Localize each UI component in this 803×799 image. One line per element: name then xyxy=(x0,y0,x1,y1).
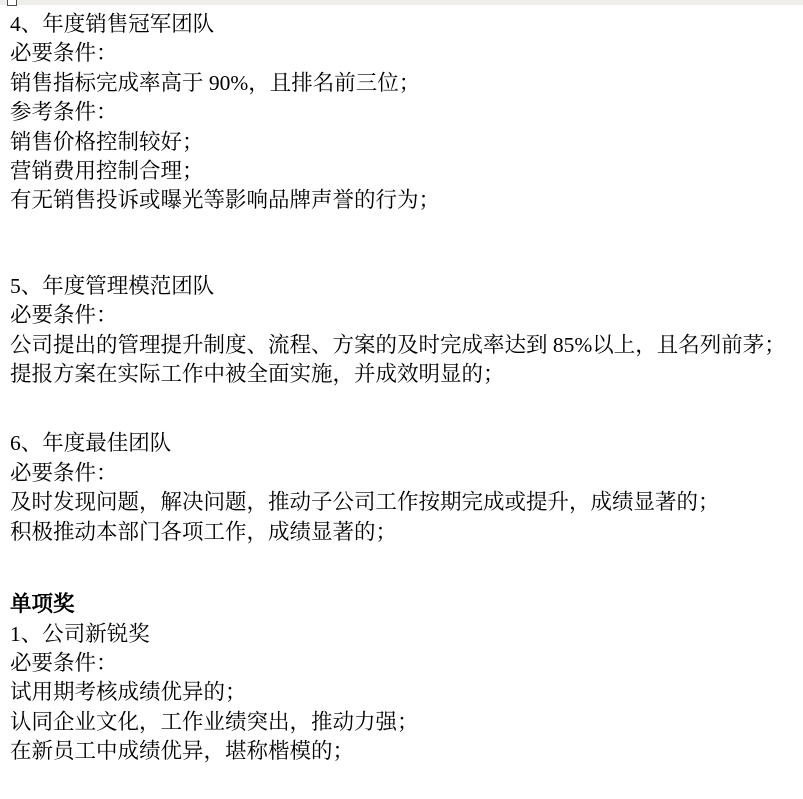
required-conditions-label: 必要条件： xyxy=(10,39,803,68)
category-heading: 单项奖 xyxy=(10,590,803,619)
condition-item: 营销费用控制合理； xyxy=(10,157,803,186)
section-individual-awards: 单项奖 1、公司新锐奖 必要条件： 试用期考核成绩优异的； 认同企业文化，工作业… xyxy=(10,590,803,766)
award-heading: 6、年度最佳团队 xyxy=(10,429,803,458)
award-heading: 1、公司新锐奖 xyxy=(10,620,803,649)
condition-item: 有无销售投诉或曝光等影响品牌声誉的行为； xyxy=(10,186,803,215)
reference-conditions-label: 参考条件： xyxy=(10,98,803,127)
condition-item: 在新员工中成绩优异，堪称楷模的； xyxy=(10,737,803,766)
required-conditions-label: 必要条件： xyxy=(10,649,803,678)
award-heading: 4、年度销售冠军团队 xyxy=(10,10,803,39)
required-conditions-label: 必要条件： xyxy=(10,459,803,488)
condition-item: 销售价格控制较好； xyxy=(10,128,803,157)
section-annual-best-team: 6、年度最佳团队 必要条件： 及时发现问题，解决问题，推动子公司工作按期完成或提… xyxy=(10,429,803,547)
condition-item: 公司提出的管理提升制度、流程、方案的及时完成率达到 85%以上，且名列前茅； xyxy=(10,331,803,360)
document-body: 4、年度销售冠军团队 必要条件： 销售指标完成率高于 90%，且排名前三位； 参… xyxy=(0,0,803,767)
award-heading: 5、年度管理模范团队 xyxy=(10,272,803,301)
section-annual-management-model-team: 5、年度管理模范团队 必要条件： 公司提出的管理提升制度、流程、方案的及时完成率… xyxy=(10,272,803,390)
condition-item: 及时发现问题，解决问题，推动子公司工作按期完成或提升，成绩显著的； xyxy=(10,488,803,517)
required-conditions-label: 必要条件： xyxy=(10,301,803,330)
condition-item: 销售指标完成率高于 90%，且排名前三位； xyxy=(10,69,803,98)
condition-item: 试用期考核成绩优异的； xyxy=(10,678,803,707)
condition-item: 积极推动本部门各项工作，成绩显著的； xyxy=(10,518,803,547)
section-annual-sales-champion-team: 4、年度销售冠军团队 必要条件： 销售指标完成率高于 90%，且排名前三位； 参… xyxy=(10,10,803,216)
condition-item: 提报方案在实际工作中被全面实施，并成效明显的； xyxy=(10,360,803,389)
condition-item: 认同企业文化，工作业绩突出，推动力强； xyxy=(10,708,803,737)
